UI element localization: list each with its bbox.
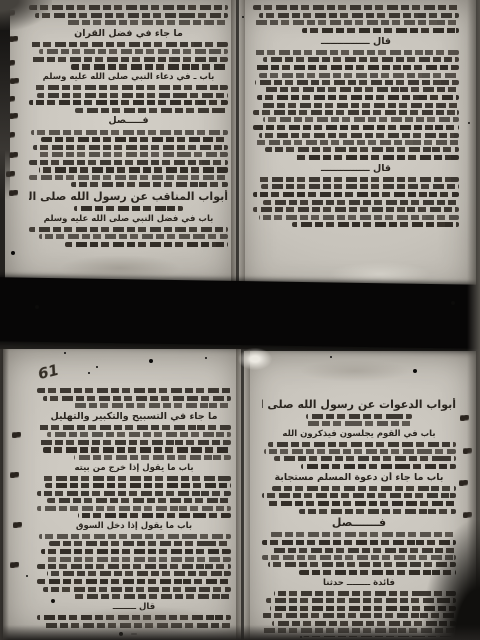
script-line (253, 207, 459, 212)
script-line (29, 227, 228, 232)
section-heading: باب في القوم يجلسون فيذكرون الله (262, 429, 456, 440)
script-line (253, 65, 459, 71)
script-line (29, 42, 228, 47)
script-line (265, 87, 459, 92)
margin-mark (9, 113, 18, 119)
script-line (47, 432, 231, 437)
script-line (261, 103, 459, 108)
script-line (268, 501, 456, 507)
section-heading: باب ما جاء أن دعوة المسلم مستجابة (262, 472, 456, 484)
script-line (65, 242, 228, 248)
script-line (303, 636, 456, 637)
script-line (265, 147, 459, 152)
script-line (75, 108, 228, 113)
section-heading: فائدة ــــــــ حدثنا (262, 578, 456, 589)
section-heading: ما جاء في التسبيح والتكبير والتهليل (37, 411, 231, 423)
script-line (263, 117, 459, 122)
script-line (74, 206, 183, 212)
script-line (74, 455, 231, 460)
text-column: ما جاء في فضل القرآنباب ـ في دعاء النبي … (29, 3, 228, 254)
script-line (253, 125, 459, 131)
section-heading: أبواب المناقب عن رسول الله صلى الله عليه… (29, 190, 228, 204)
margin-mark (6, 10, 15, 16)
script-line (253, 110, 459, 115)
script-line (259, 215, 459, 220)
section-heading: باب ما يقول إذا دخل السوق (37, 521, 231, 532)
margin-mark (6, 171, 15, 177)
script-line (29, 175, 228, 180)
script-line (264, 449, 456, 454)
manuscript-photograph: ما جاء في فضل القرآنباب ـ في دعاء النبي … (0, 0, 480, 640)
section-heading: باب ما يقول إذا خرج من بيته (37, 463, 231, 474)
script-line (49, 541, 231, 546)
text-column: قال ـــــــــــــــقال ـــــــــــــــ (253, 3, 459, 254)
script-line (261, 184, 459, 189)
script-line (306, 421, 413, 426)
script-line (255, 140, 459, 145)
script-line (45, 483, 231, 489)
script-line (29, 100, 228, 106)
script-line (255, 80, 459, 85)
script-line (262, 628, 456, 633)
section-heading: أبواب الدعوات عن رسول الله صلى الله عليه… (262, 398, 456, 412)
margin-mark (9, 152, 18, 158)
script-line (39, 167, 228, 173)
margin-mark (9, 36, 18, 42)
script-line (270, 532, 456, 537)
margin-mark (6, 96, 15, 102)
margin-mark (463, 448, 472, 454)
margin-mark (6, 132, 15, 138)
script-line (37, 491, 231, 496)
script-line (299, 570, 456, 576)
script-line (259, 133, 459, 138)
script-line (39, 49, 228, 54)
script-line (29, 5, 228, 10)
manuscript-page-upper-right: قال ـــــــــــــــقال ـــــــــــــــ (239, 0, 476, 298)
margin-mark (10, 562, 19, 568)
script-line (29, 160, 228, 165)
script-line (33, 145, 228, 150)
script-line (37, 564, 231, 569)
script-line (262, 540, 456, 546)
script-line (45, 557, 231, 562)
catchword-mark: ＝ (95, 629, 173, 635)
script-line (37, 388, 231, 393)
script-line (74, 594, 231, 599)
script-line (268, 562, 456, 567)
margin-mark (12, 432, 21, 438)
script-line (39, 234, 228, 239)
script-line (262, 613, 456, 618)
margin-mark (463, 512, 472, 518)
script-line (255, 20, 459, 25)
binding-gutter-upper (231, 0, 245, 290)
binding-gutter-lower (236, 349, 250, 640)
section-heading: قال ـــــــــــــــ (253, 36, 459, 48)
script-line (71, 64, 228, 70)
script-line (43, 623, 231, 628)
section-heading: ما جاء في فضل القرآن (29, 28, 228, 40)
script-line (270, 606, 456, 612)
section-heading: باب في فضل النبي صلى الله عليه وسلم (29, 214, 228, 225)
script-line (263, 57, 459, 62)
section-heading: فـــــصل (29, 115, 228, 127)
script-line (78, 513, 231, 519)
margin-mark (459, 480, 468, 486)
margin-mark (9, 190, 18, 196)
script-line (253, 5, 459, 10)
script-line (39, 534, 231, 539)
script-line (37, 152, 228, 157)
script-line (263, 200, 459, 205)
script-line (43, 587, 231, 592)
section-heading: باب ـ في دعاء النبي صلى الله عليه وسلم (29, 72, 228, 83)
section-heading: قال ــــــــ (37, 602, 231, 613)
text-column: ما جاء في التسبيح والتكبير والتهليلباب م… (37, 386, 231, 635)
margin-mark (10, 472, 19, 478)
light-blotch (232, 344, 278, 374)
script-line (272, 621, 456, 626)
script-line (259, 13, 459, 18)
exposure-band (0, 277, 480, 349)
script-line (41, 137, 228, 143)
section-heading: فـــــــصل (262, 516, 456, 530)
script-line (253, 192, 459, 198)
script-line (302, 28, 459, 34)
margin-mark (6, 60, 15, 66)
script-line (274, 591, 456, 596)
script-line (41, 476, 231, 481)
margin-mark (10, 78, 19, 84)
script-line (47, 571, 231, 576)
manuscript-page-lower-right: أبواب الدعوات عن رسول الله صلى الله عليه… (244, 351, 476, 640)
script-line (37, 579, 231, 585)
script-line (74, 403, 231, 408)
script-line (37, 93, 228, 98)
script-line (37, 425, 231, 430)
script-line (272, 486, 456, 491)
manuscript-page-lower-left: ما جاء في التسبيح والتكبير والتهليلباب م… (3, 349, 241, 640)
script-line (37, 440, 231, 445)
script-line (266, 598, 456, 603)
script-line (47, 498, 231, 503)
margin-mark (13, 522, 22, 528)
script-line (41, 549, 231, 555)
script-line (43, 447, 231, 453)
script-line (37, 615, 231, 621)
script-line (299, 509, 456, 514)
script-line (33, 85, 228, 90)
script-line (31, 130, 228, 135)
script-line (257, 177, 459, 182)
script-line (262, 555, 456, 560)
script-line (268, 442, 456, 447)
script-line (253, 50, 459, 55)
script-line (259, 73, 459, 78)
script-line (37, 506, 231, 511)
script-line (294, 155, 459, 161)
script-line (272, 548, 456, 553)
script-line (301, 464, 456, 470)
script-line (292, 222, 459, 228)
manuscript-page-upper-left: ما جاء في فضل القرآنباب ـ في دعاء النبي … (5, 0, 236, 290)
script-line (67, 20, 228, 25)
script-line (257, 95, 459, 101)
script-line (274, 456, 456, 461)
text-column: أبواب الدعوات عن رسول الله صلى الله عليه… (262, 395, 456, 637)
script-line (43, 396, 231, 401)
script-line (29, 57, 228, 62)
margin-mark (460, 415, 469, 421)
section-heading: قال ـــــــــــــــ (253, 163, 459, 175)
script-line (262, 493, 456, 498)
script-line (306, 414, 413, 419)
script-line (35, 13, 228, 18)
ink-speckles (0, 0, 2, 2)
script-line (71, 182, 228, 187)
